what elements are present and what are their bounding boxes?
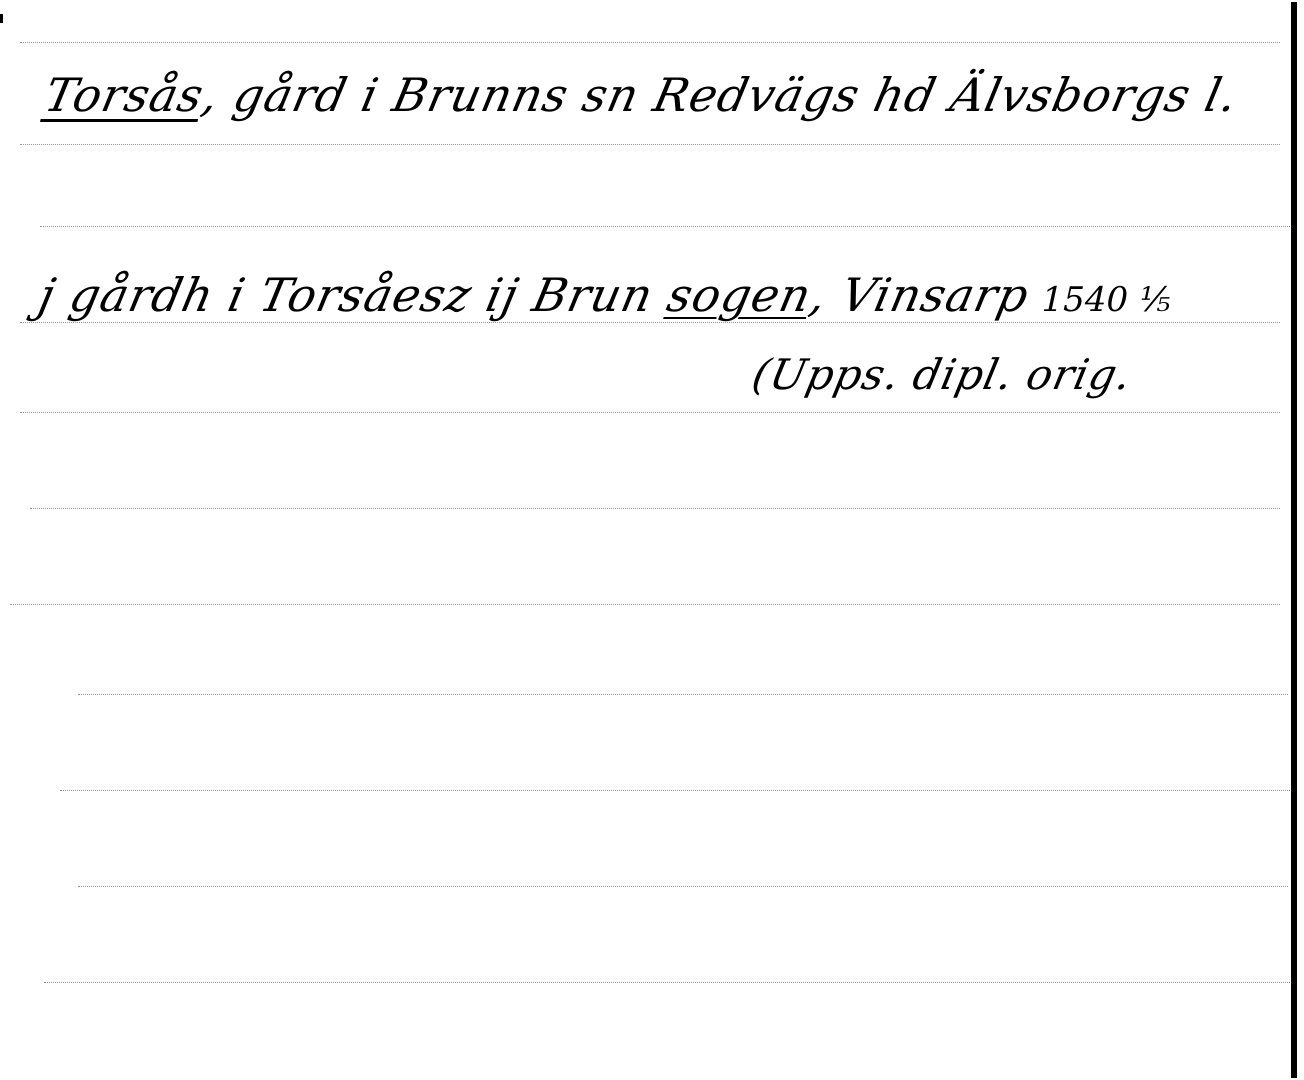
citation-text: j gårdh i Torsåesz ij Brun — [34, 268, 674, 322]
ruled-line — [40, 226, 1290, 227]
ruled-line — [20, 322, 1280, 323]
headword-description: , gård i Brunns sn Redvägs hd Älvsborgs … — [197, 68, 1242, 122]
ruled-line — [78, 694, 1288, 695]
citation-place: , Vinsarp — [805, 268, 1034, 322]
ruled-line — [20, 42, 1280, 43]
entry-heading-line: Torsås, gård i Brunns sn Redvägs hd Älvs… — [40, 68, 1243, 122]
ruled-line — [10, 604, 1280, 605]
ruled-line — [44, 982, 1290, 983]
headword: Torsås — [40, 68, 209, 122]
ruled-line — [60, 790, 1290, 791]
index-card: Torsås, gård i Brunns sn Redvägs hd Älvs… — [0, 0, 1304, 1080]
ruled-line — [30, 508, 1280, 509]
source-reference: (Upps. dipl. orig. — [748, 350, 1137, 399]
scan-corner-mark — [0, 14, 3, 23]
ruled-line — [20, 412, 1280, 413]
ruled-line — [20, 144, 1280, 145]
citation-date: 1540 ⅕ — [1037, 280, 1176, 320]
card-right-border — [1291, 2, 1297, 1078]
ruled-line — [78, 886, 1288, 887]
citation-underlined-word: sogen — [663, 268, 817, 322]
citation-line: j gårdh i Torsåesz ij Brun sogen, Vinsar… — [34, 268, 1178, 322]
